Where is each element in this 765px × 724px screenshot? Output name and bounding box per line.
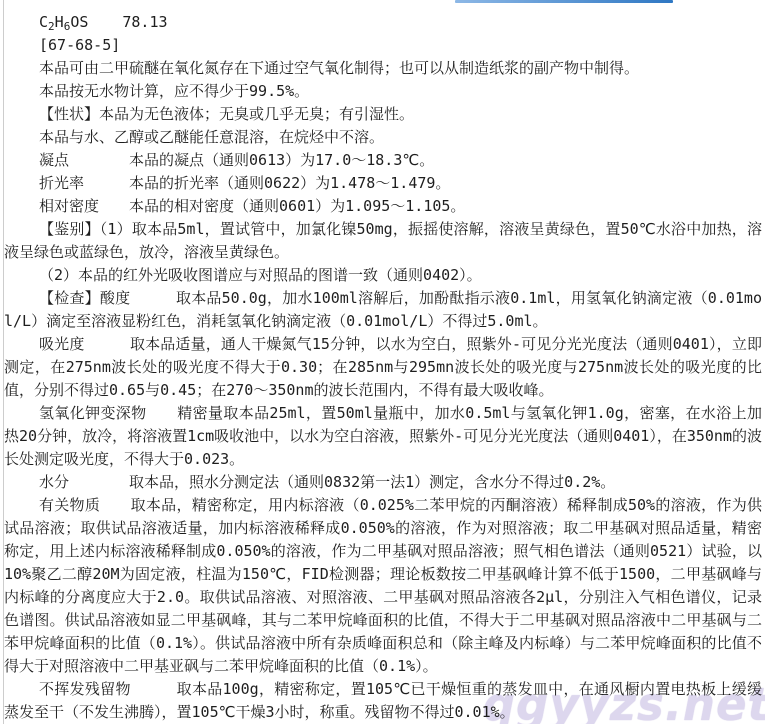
- solubility-para: 本品与水、乙醇或乙醚能任意混溶，在烷烃中不溶。: [4, 126, 762, 149]
- identification-2-para: （2）本品的红外光吸收图谱应与对照品的图谱一致（通则0402）。: [4, 264, 762, 287]
- absorbance-para: 吸光度 取本品适量，通人干燥氮气15分钟，以水为空白，照紫外-可见分光光度法（通…: [4, 333, 762, 402]
- identification-1-para: 【鉴别】（1）取本品5ml，置试管中，加氯化镍50mg，振摇使溶解，溶液呈黄绿色…: [4, 218, 762, 264]
- cas-number-line: [67-68-5]: [4, 34, 762, 57]
- koh-darkening-para: 氢氧化钾变深物 精密量取本品25ml，置50ml量瓶中，加水0.5ml与氢氧化钾…: [4, 402, 762, 471]
- refractive-index-para: 折光率 本品的折光率（通则0622）为1.478～1.479。: [4, 172, 762, 195]
- monograph-body: C2H6OS78.13[67-68-5]本品可由二甲硫醚在氧化氮存在下通过空气氧…: [0, 0, 765, 724]
- formula-line: C2H6OS78.13: [4, 11, 762, 34]
- source-para: 本品可由二甲硫醚在氧化氮存在下通过空气氧化制得；也可以从制造纸浆的副产物中制得。: [4, 57, 762, 80]
- character-para: 【性状】本品为无色液体；无臭或几乎无臭；有引湿性。: [4, 103, 762, 126]
- acidity-para: 【检查】酸度 取本品50.0g，加水100ml溶解后，加酚酞指示液0.1ml，用…: [4, 287, 762, 333]
- molecular-formula: C: [39, 13, 48, 31]
- content-limit-para: 本品按无水物计算，应不得少于99.5%。: [4, 80, 762, 103]
- nonvolatile-residue-para: 不挥发残留物 取本品100g，精密称定，置105℃已干燥恒重的蒸发皿中，在通风橱…: [4, 678, 762, 724]
- molecular-weight: 78.13: [122, 13, 167, 31]
- freezing-point-para: 凝点 本品的凝点（通则0613）为17.0～18.3℃。: [4, 149, 762, 172]
- pharmacopoeia-page: { "page": { "background": "#ffffff", "le…: [0, 0, 765, 724]
- relative-density-para: 相对密度 本品的相对密度（通则0601）为1.095～1.105。: [4, 195, 762, 218]
- water-content-para: 水分 取本品，照水分测定法（通则0832第一法1）测定，含水分不得过0.2%。: [4, 471, 762, 494]
- related-substances-para: 有关物质 取本品，精密称定，用内标溶液（0.025%二苯甲烷的丙酮溶液）稀释制成…: [4, 494, 762, 678]
